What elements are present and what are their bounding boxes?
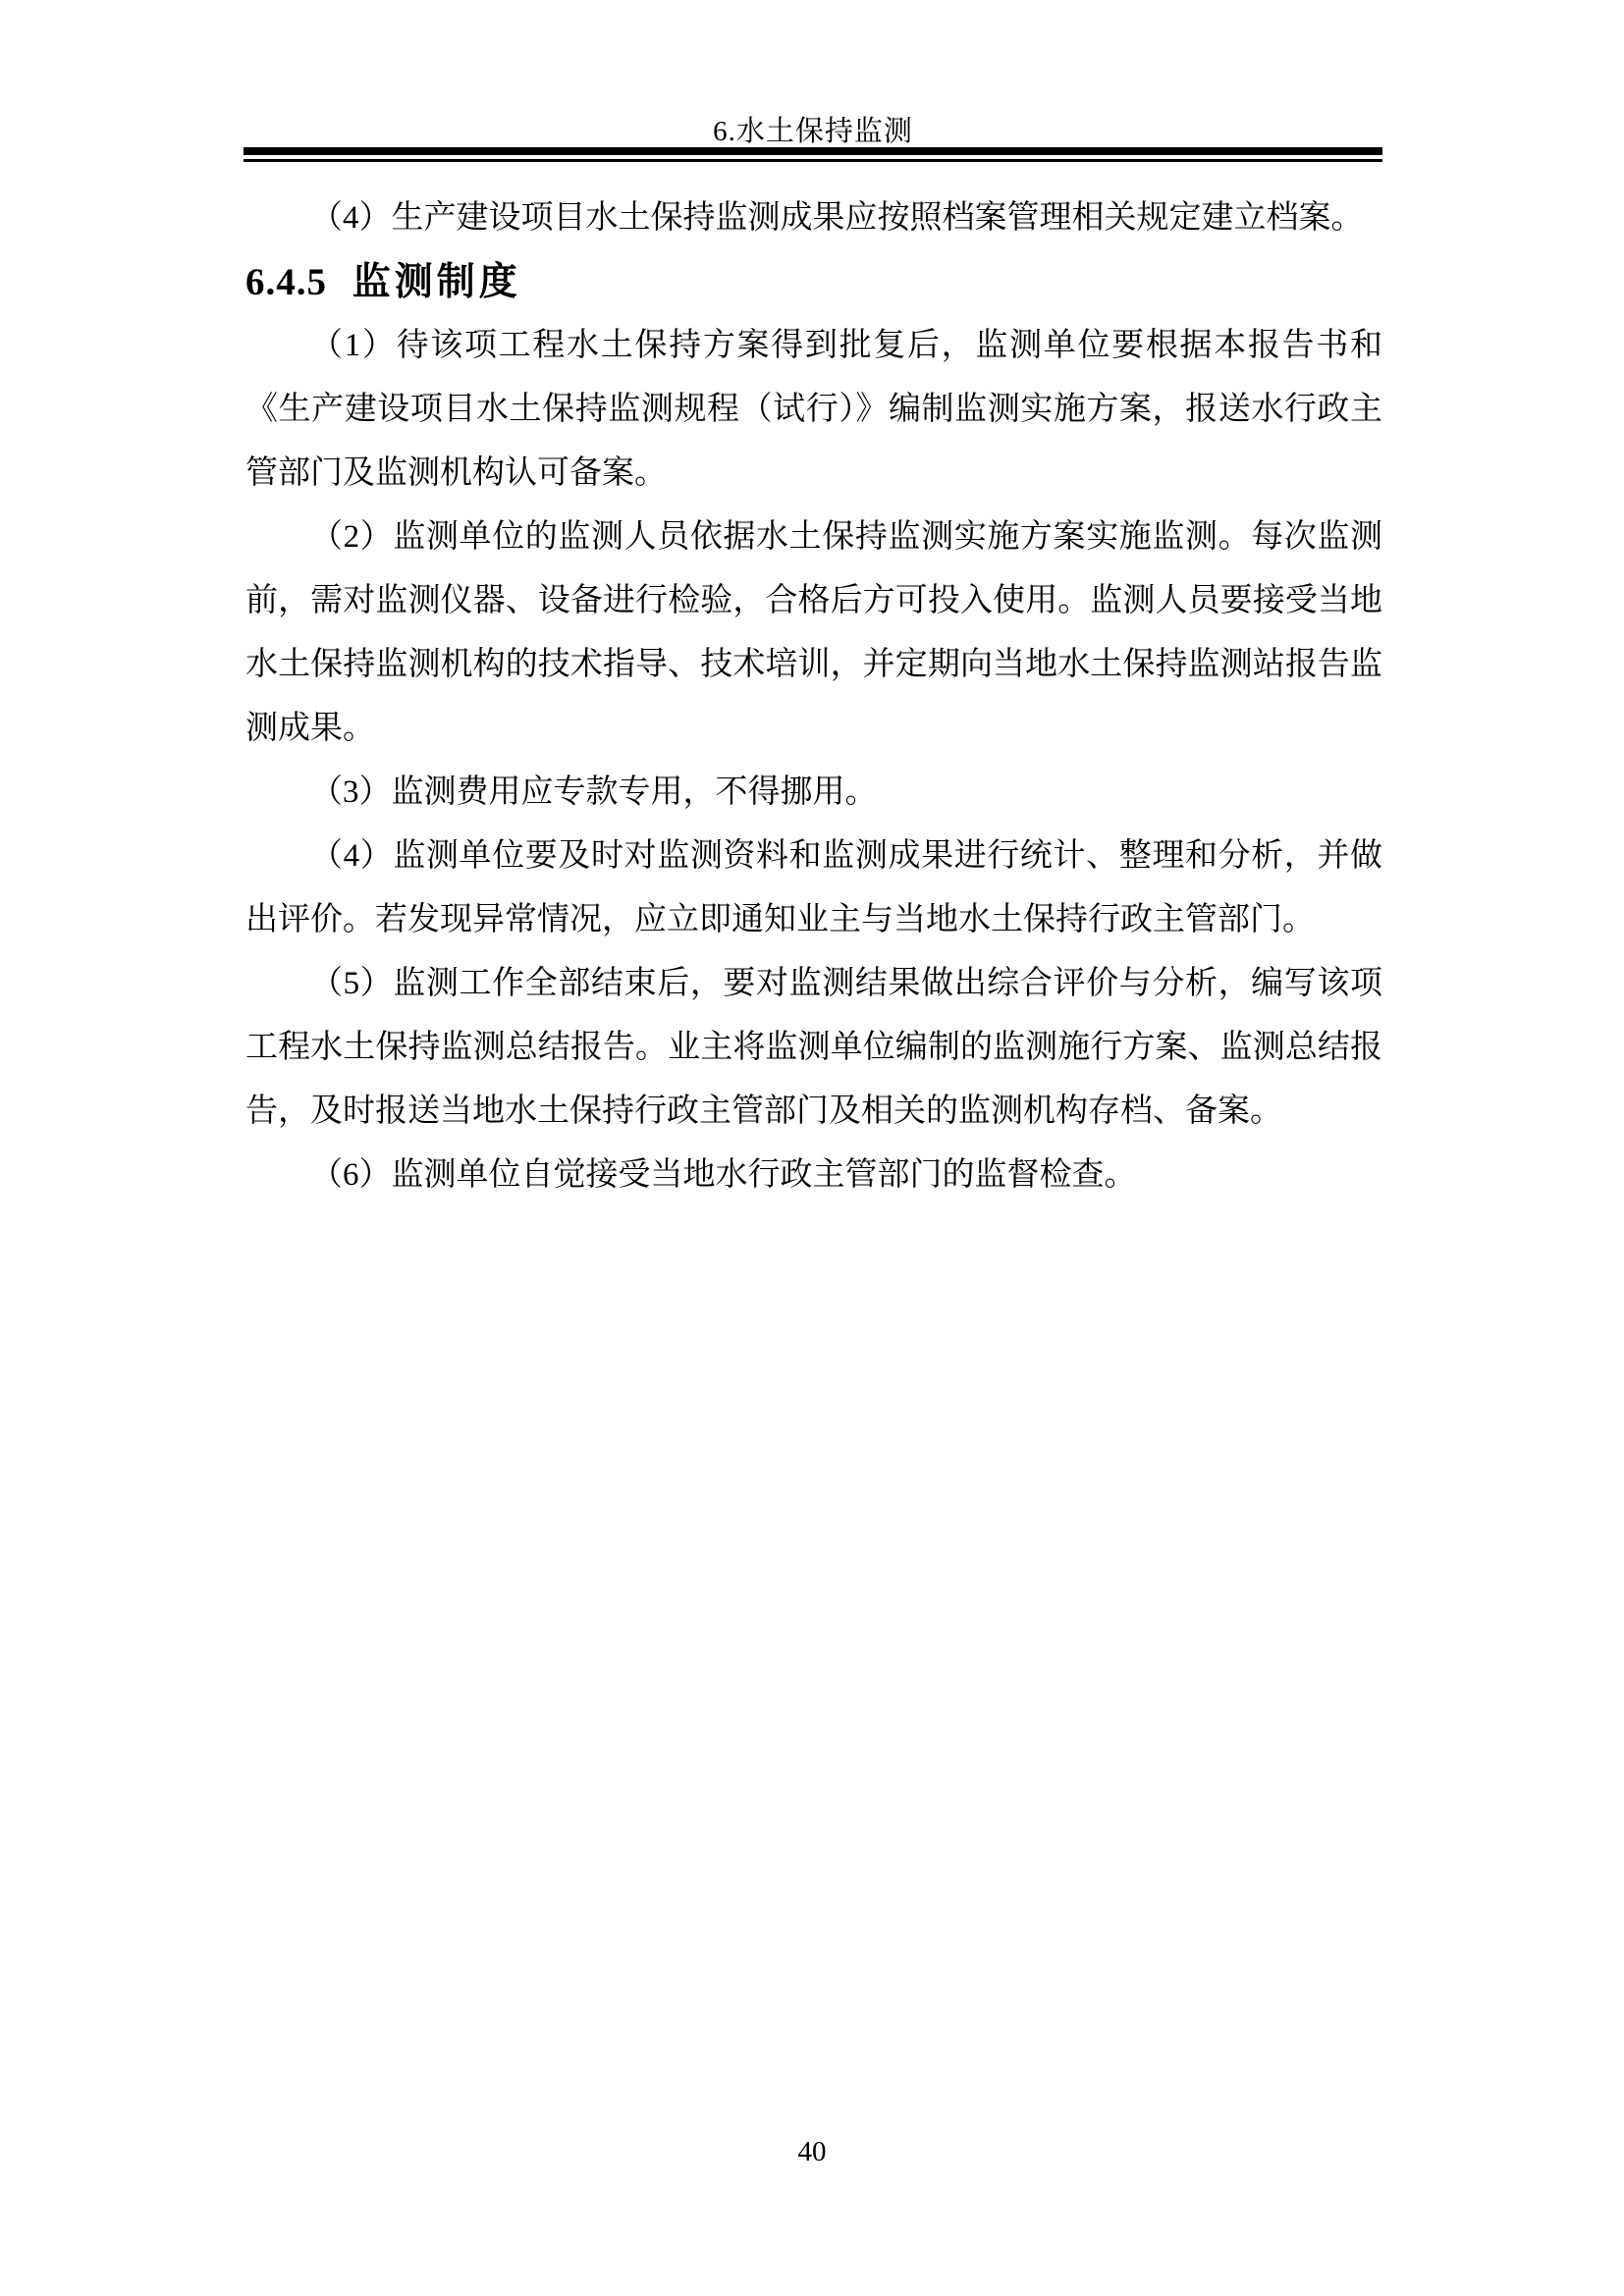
paragraph-item-4: （4）监测单位要及时对监测资料和监测成果进行统计、整理和分析，并做出评价。若发现… [245,825,1382,952]
header-rule-thin [244,159,1382,162]
document-page: 6.水土保持监测 （4）生产建设项目水土保持监测成果应按照档案管理相关规定建立档… [0,0,1624,2296]
page-number: 40 [0,2134,1624,2169]
running-header-title: 6.水土保持监测 [244,114,1382,149]
document-body: （4）生产建设项目水土保持监测成果应按照档案管理相关规定建立档案。 6.4.5 … [245,187,1382,1207]
paragraph-item-1: （1）待该项工程水土保持方案得到批复后，监测单位要根据本报告书和《生产建设项目水… [245,314,1382,506]
section-title: 监测制度 [352,261,521,303]
section-heading: 6.4.5 监测制度 [245,250,1382,314]
header-rule-thick [244,147,1382,155]
section-number: 6.4.5 [245,261,327,303]
paragraph-intro-item-4: （4）生产建设项目水土保持监测成果应按照档案管理相关规定建立档案。 [245,187,1382,250]
paragraph-item-3: （3）监测费用应专款专用，不得挪用。 [245,761,1382,825]
paragraph-item-5: （5）监测工作全部结束后，要对监测结果做出综合评价与分析，编写该项工程水土保持监… [245,952,1382,1144]
paragraph-item-6: （6）监测单位自觉接受当地水行政主管部门的监督检查。 [245,1144,1382,1207]
paragraph-item-2: （2）监测单位的监测人员依据水土保持监测实施方案实施监测。每次监测前，需对监测仪… [245,506,1382,761]
